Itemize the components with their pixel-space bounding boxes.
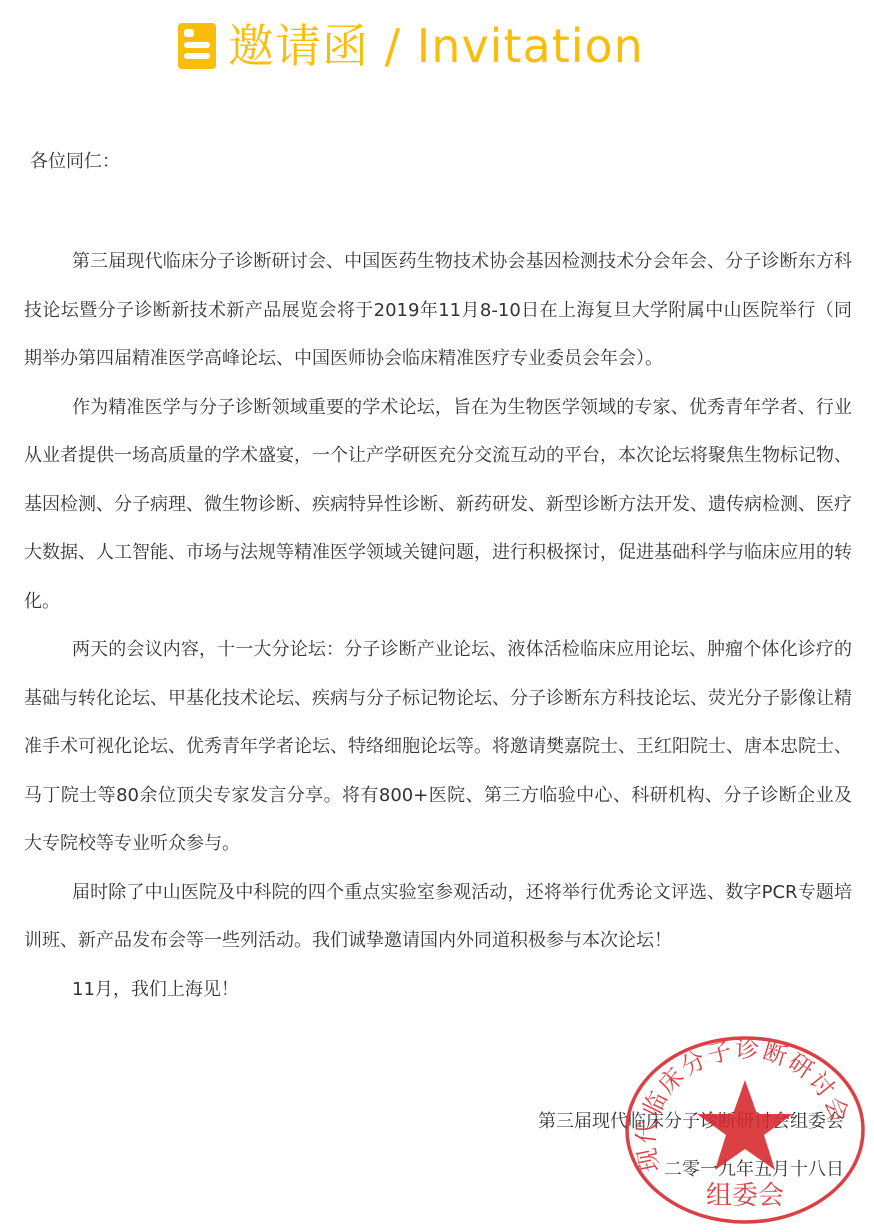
document-icon (178, 23, 216, 69)
paragraph-activities: 届时除了中山医院及中科院的四个重点实验室参观活动，还将举行优秀论文评选、数字PC… (24, 869, 852, 966)
paragraph-closing: 11月，我们上海见！ (24, 966, 852, 1015)
page-title: 邀请函 / Invitation (228, 23, 644, 69)
invitation-header: 邀请函 / Invitation (178, 14, 644, 78)
letter-body: 第三届现代临床分子诊断研讨会、中国医药生物技术协会基因检测技术分会年会、分子诊断… (24, 238, 852, 1014)
paragraph-agenda: 两天的会议内容，十一大分论坛：分子诊断产业论坛、液体活检临床应用论坛、肿瘤个体化… (24, 626, 852, 869)
official-seal-stamp: 现代临床分子诊断研讨会 组委会 (622, 1034, 868, 1226)
greeting: 各位同仁： (30, 147, 120, 173)
paragraph-purpose: 作为精准医学与分子诊断领域重要的学术论坛，旨在为生物医学领域的专家、优秀青年学者… (24, 384, 852, 627)
star-icon (697, 1080, 793, 1170)
paragraph-event-intro: 第三届现代临床分子诊断研讨会、中国医药生物技术协会基因检测技术分会年会、分子诊断… (24, 238, 852, 384)
stamp-bottom-text: 组委会 (706, 1181, 784, 1211)
